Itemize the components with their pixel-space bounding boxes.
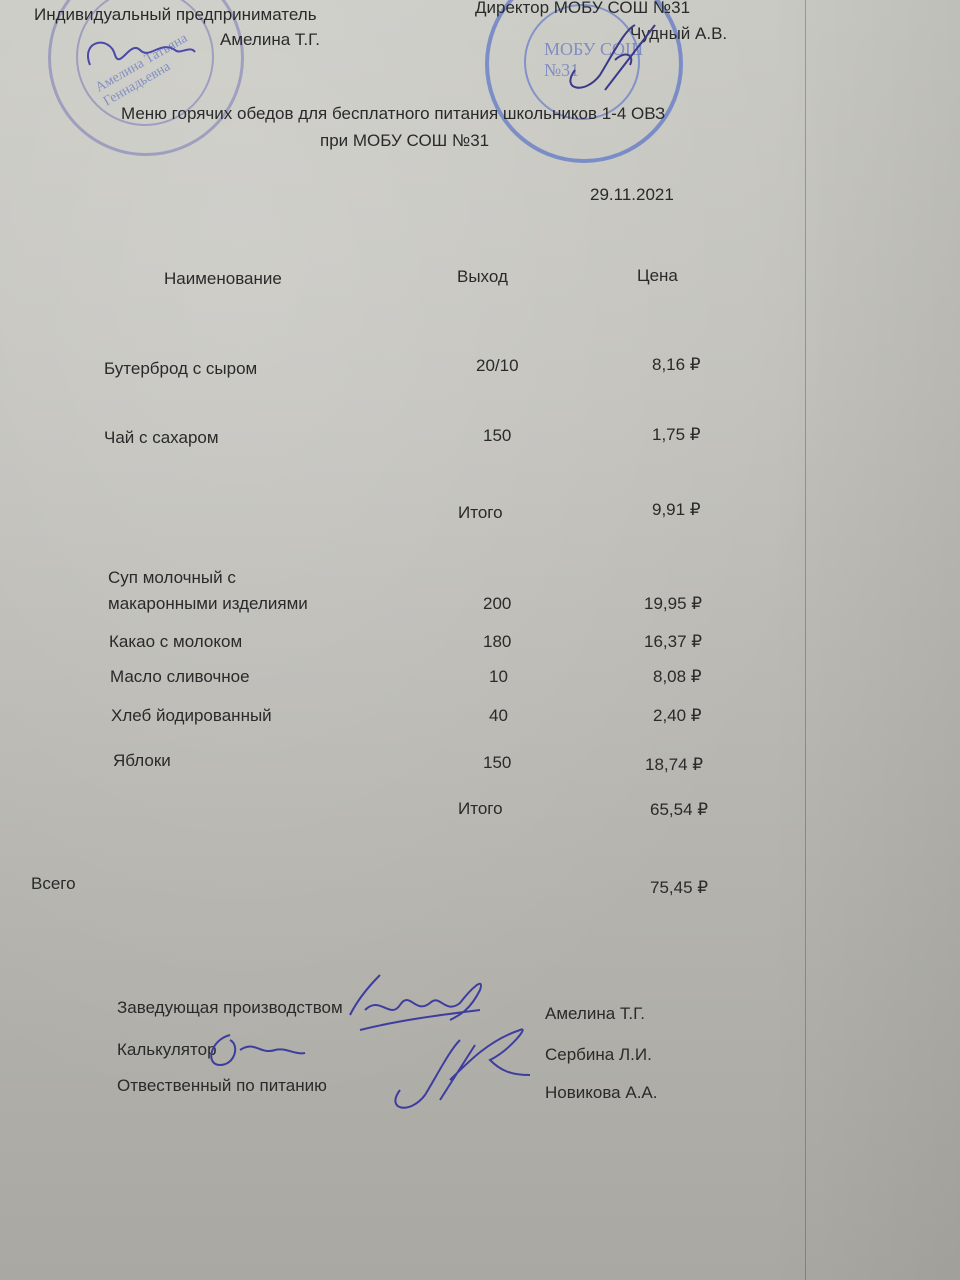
item-output: 20/10 [476,356,519,376]
item-output: 180 [483,632,511,652]
item-price: 16,37 ₽ [644,632,702,652]
subtotal-value: 65,54 ₽ [650,800,708,820]
signature-name: Сербина Л.И. [545,1045,652,1065]
item-price: 2,40 ₽ [653,706,702,726]
item-price: 8,16 ₽ [652,355,701,375]
column-header-output: Выход [457,267,508,287]
document-date: 29.11.2021 [590,185,674,205]
item-price: 8,08 ₽ [653,667,702,687]
signature-serbina-icon [200,1025,310,1075]
subtotal-value: 9,91 ₽ [652,500,701,520]
signature-role: Отвественный по питанию [117,1076,327,1096]
signature-role: Заведующая производством [117,998,343,1018]
item-output: 200 [483,594,511,614]
item-name: Бутерброд с сыром [104,359,257,379]
item-output: 150 [483,753,511,773]
item-name: Хлеб йодированный [111,706,272,726]
paper-fold-line [805,0,806,1280]
subtotal-label: Итого [458,799,503,819]
total-label: Всего [31,874,76,894]
document-page: Амелина Татьяна Геннадьевна МОБУ СОШ №31… [0,0,960,1280]
header-left-name: Амелина Т.Г. [220,30,320,50]
item-name: Чай с сахаром [104,428,219,448]
item-output: 150 [483,426,511,446]
signature-novikova-icon [380,1020,540,1120]
item-name: Масло сливочное [110,667,250,687]
item-price: 18,74 ₽ [645,755,703,775]
item-price: 1,75 ₽ [652,425,701,445]
header-right-title: Директор МОБУ СОШ №31 [475,0,690,18]
signature-amelina-header-icon [80,30,200,80]
item-price: 19,95 ₽ [644,594,702,614]
signature-name: Новикова А.А. [545,1083,657,1103]
item-name: Какао с молоком [109,632,242,652]
signature-chudny-icon [555,20,665,100]
item-name: Яблоки [113,751,171,771]
total-value: 75,45 ₽ [650,878,708,898]
signature-name: Амелина Т.Г. [545,1004,645,1024]
subtotal-label: Итого [458,503,503,523]
item-output: 40 [489,706,508,726]
item-name-line2: макаронными изделиями [108,594,308,614]
item-output: 10 [489,667,508,687]
document-title: Меню горячих обедов для бесплатного пита… [121,104,665,124]
item-name-line1: Суп молочный с [108,568,236,588]
header-left-title: Индивидуальный предприниматель [34,5,317,25]
column-header-name: Наименование [164,269,282,289]
column-header-price: Цена [637,266,678,286]
document-subtitle: при МОБУ СОШ №31 [320,131,489,151]
